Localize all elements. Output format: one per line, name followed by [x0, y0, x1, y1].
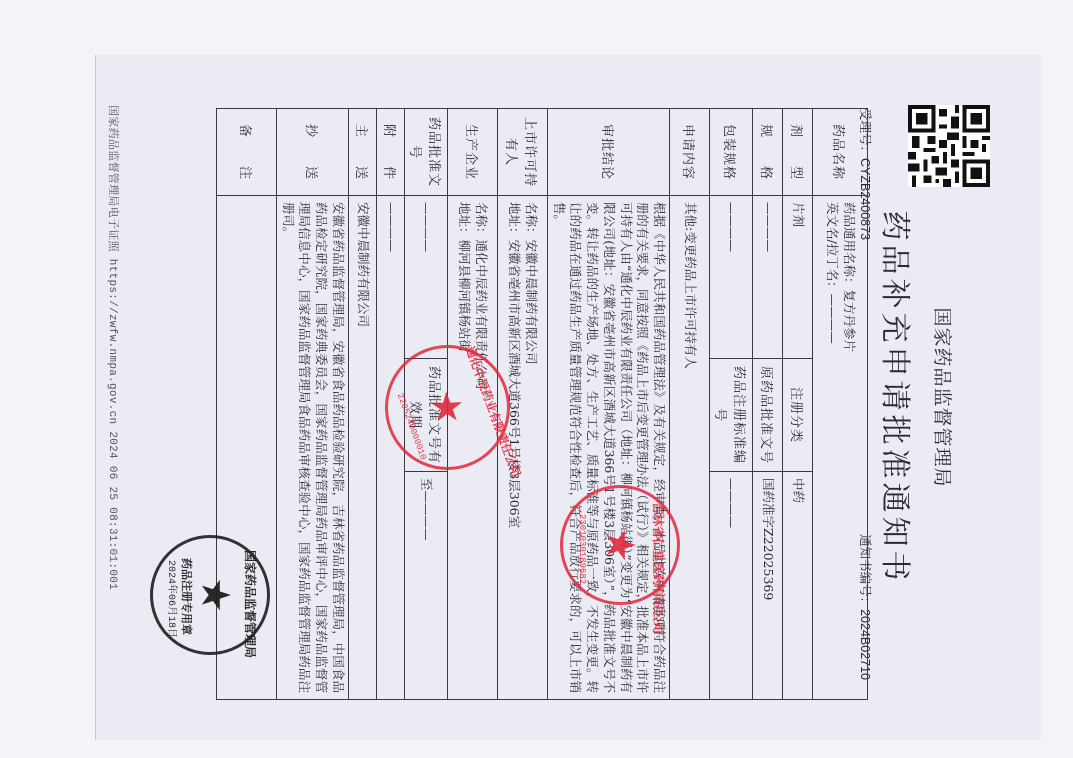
package-spec-value: ————: [710, 196, 753, 359]
mah-name: 安徽中晨制药有限公司: [524, 240, 539, 365]
generic-name-value: 复方丹参片: [842, 290, 857, 353]
approval-conclusion-label: 审批结论: [547, 109, 669, 196]
registration-standard-no-value: ————: [710, 472, 753, 700]
row-cc: 抄 送 安徽省药品监督管理局，安徽省食品药品检验研究院，吉林省药品监督管理局，中…: [276, 109, 348, 700]
registration-standard-no-label: 药品注册标准编号: [710, 359, 753, 472]
english-name-value: ————: [825, 294, 840, 344]
original-approval-no-value: 国药准字Z22025369: [753, 472, 783, 700]
third-party-company-seal: ★ 吉林省仁皇医药有限公司 2301030189682: [560, 485, 680, 605]
package-spec-label: 包装规格: [710, 109, 753, 196]
seal-text: 吉林省仁皇医药有限公司: [650, 502, 667, 634]
registration-category-label: 注册分类: [783, 359, 813, 472]
dosage-form-value: 片剂: [783, 196, 813, 359]
seal-text: 国家药品监督管理局: [242, 550, 259, 658]
row-specification: 规 格 ———— 原药品批准文号 国药准字Z22025369: [753, 109, 783, 700]
remarks-label: 备 注: [216, 109, 276, 196]
seal-date: 2024年06月18日: [165, 560, 181, 638]
drug-name-value: 药品通用名称：复方丹参片 英文名/拉丁名：————: [813, 196, 868, 700]
mah-address: 安徽省亳州市高新区酒城大道366号1号楼3层306室: [507, 240, 522, 529]
main-recipient-value: 安徽中晨制药有限公司: [348, 196, 376, 700]
row-package-spec: 包装规格 ———— 药品注册标准编号 ————: [710, 109, 753, 700]
manufacturer-name-label: 名称：: [474, 202, 489, 240]
issuing-agency: 国家药品监督管理局: [930, 55, 957, 740]
row-application-content: 申请内容 其他:变更药品上市许可持有人: [670, 109, 710, 700]
nmpa-registration-seal: ★ 国家药品监督管理局 药品注册专用章 2024年06月18日: [150, 535, 270, 655]
seal-star-icon: ★: [195, 577, 235, 613]
manufacturer-address: 柳河县柳河镇杨站街: [457, 240, 472, 353]
mah-name-label: 名称：: [524, 202, 539, 240]
seal-star-icon: ★: [423, 384, 473, 431]
approval-no-value: ————: [404, 196, 447, 359]
english-name-label: 英文名/拉丁名：: [825, 202, 840, 294]
row-main-recipient: 主 送 安徽中晨制药有限公司: [348, 109, 376, 700]
mah-label: 上市许可持有人: [497, 109, 547, 196]
manufacturer-label: 生产企业: [447, 109, 497, 196]
application-content-value: 其他:变更药品上市许可持有人: [670, 196, 710, 700]
dosage-form-label: 剂 型: [783, 109, 813, 196]
attachment-label: 附 件: [376, 109, 404, 196]
row-dosage-form: 剂 型 片剂 注册分类 中药: [783, 109, 813, 700]
approval-no-validity-value: 至————: [404, 472, 447, 700]
main-recipient-label: 主 送: [348, 109, 376, 196]
registration-category-value: 中药: [783, 472, 813, 700]
approval-form-table: 药品名称 药品通用名称：复方丹参片 英文名/拉丁名：———— 剂 型 片剂 注册…: [216, 108, 868, 700]
seal-inner-text: 药品注册专用章: [179, 558, 195, 635]
document-title: 药品补充申请批准通知书: [876, 55, 920, 740]
seal-star-icon: ★: [600, 527, 640, 563]
original-approval-no-label: 原药品批准文号: [753, 359, 783, 472]
cc-label: 抄 送: [276, 109, 348, 196]
generic-name-label: 药品通用名称：: [842, 202, 857, 290]
specification-label: 规 格: [753, 109, 783, 196]
electronic-certificate-footer: 国家药品监督管理局电子证照 https://zwfw.nmpa.gov.cn 2…: [106, 105, 122, 590]
manufacturer-address-label: 地址：: [457, 202, 472, 240]
cc-value: 安徽省药品监督管理局，安徽省食品药品检验研究院，吉林省药品监督管理局，中国食品药…: [276, 196, 348, 700]
specification-value: ————: [753, 196, 783, 359]
mah-address-label: 地址：: [507, 202, 522, 240]
drug-name-label: 药品名称: [813, 109, 868, 196]
approval-no-label: 药品批准文号: [404, 109, 447, 196]
row-drug-name: 药品名称 药品通用名称：复方丹参片 英文名/拉丁名：————: [813, 109, 868, 700]
seal-code: 2301030189682: [577, 514, 587, 584]
application-content-label: 申请内容: [670, 109, 710, 196]
approval-notice-document: 国家药品监督管理局 药品补充申请批准通知书 受理号：CYZB2400873 通知…: [95, 55, 1040, 740]
